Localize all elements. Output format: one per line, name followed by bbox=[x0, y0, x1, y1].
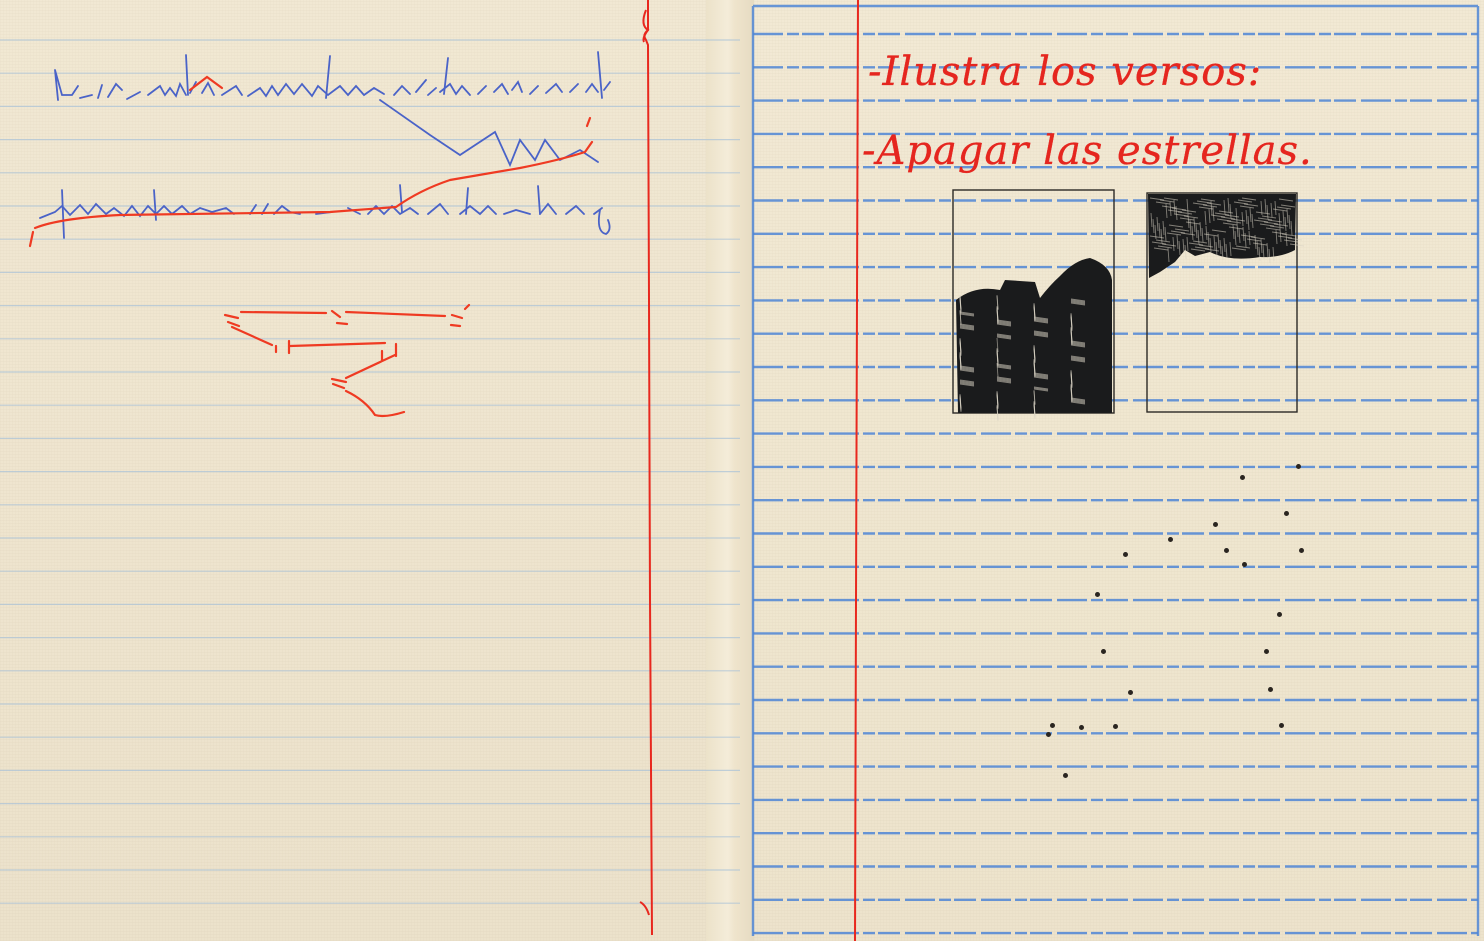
dot bbox=[1284, 511, 1289, 516]
dot bbox=[1299, 548, 1304, 553]
dot bbox=[1101, 649, 1106, 654]
instruction-turn-off-stars: -Apagar las estrellas. bbox=[862, 128, 1313, 174]
red-stitched-figure bbox=[225, 305, 469, 416]
dot bbox=[1268, 687, 1273, 692]
dot bbox=[1063, 773, 1068, 778]
dot bbox=[1050, 723, 1055, 728]
dot bbox=[1128, 690, 1133, 695]
left-margin-line bbox=[644, 0, 652, 935]
dot bbox=[1046, 732, 1051, 737]
dot bbox=[1279, 723, 1284, 728]
dot bbox=[1277, 612, 1282, 617]
dot bbox=[1123, 552, 1128, 557]
dot bbox=[1240, 475, 1245, 480]
dot bbox=[1113, 724, 1118, 729]
red-tick-2 bbox=[587, 118, 590, 126]
red-tick-1 bbox=[30, 232, 33, 246]
dot bbox=[1296, 464, 1301, 469]
illustration-frame-2 bbox=[1147, 193, 1304, 412]
dot bbox=[1213, 522, 1218, 527]
instruction-illustrate-verses: -Ilustra los versos: bbox=[868, 49, 1262, 95]
dot bbox=[1168, 537, 1173, 542]
left-margin-tail bbox=[640, 902, 649, 915]
dot bbox=[1242, 562, 1247, 567]
dot bbox=[1095, 592, 1100, 597]
illustration-frame-1 bbox=[953, 190, 1114, 421]
left-page-rules bbox=[0, 40, 740, 903]
dot bbox=[1079, 725, 1084, 730]
mirrored-writing-line-1 bbox=[55, 52, 610, 165]
dot bbox=[1264, 649, 1269, 654]
dot bbox=[1224, 548, 1229, 553]
red-strikethrough bbox=[35, 142, 592, 228]
